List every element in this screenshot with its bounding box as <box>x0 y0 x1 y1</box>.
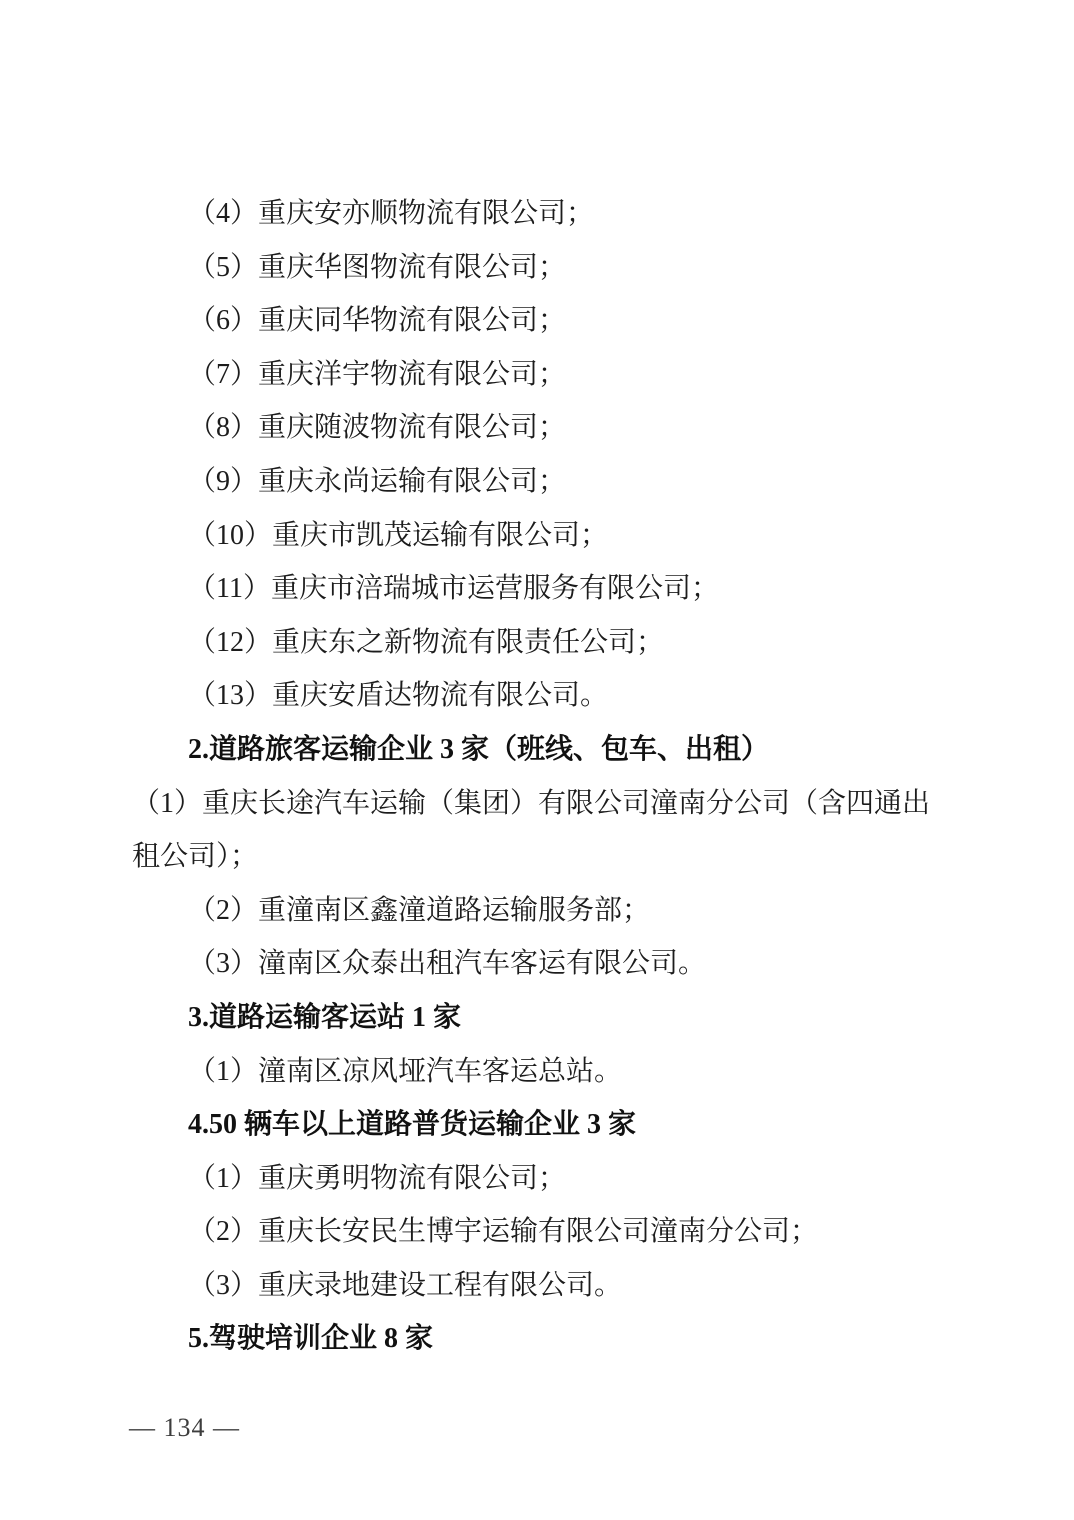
section-heading: 5.驾驶培训企业 8 家 <box>132 1312 942 1366</box>
section-heading: 4.50 辆车以上道路普货运输企业 3 家 <box>132 1098 942 1152</box>
list-item: （10）重庆市凯茂运输有限公司； <box>132 509 942 563</box>
section-heading: 3.道路运输客运站 1 家 <box>132 991 942 1045</box>
page-number: — 134 — <box>129 1411 240 1445</box>
list-item: （7）重庆洋宇物流有限公司； <box>132 348 942 402</box>
page-content: （4）重庆安亦顺物流有限公司； （5）重庆华图物流有限公司； （6）重庆同华物流… <box>132 187 942 1366</box>
section-heading: 2.道路旅客运输企业 3 家（班线、包车、出租） <box>132 723 942 777</box>
list-item: （1）重庆勇明物流有限公司； <box>132 1152 942 1206</box>
list-item: （4）重庆安亦顺物流有限公司； <box>132 187 942 241</box>
list-item: （5）重庆华图物流有限公司； <box>132 241 942 295</box>
list-item: （1）潼南区凉风垭汽车客运总站。 <box>132 1045 942 1099</box>
list-item: （2）重庆长安民生博宇运输有限公司潼南分公司； <box>132 1205 942 1259</box>
list-item: （13）重庆安盾达物流有限公司。 <box>132 669 942 723</box>
list-item: （2）重潼南区鑫潼道路运输服务部； <box>132 884 942 938</box>
list-item: （8）重庆随波物流有限公司； <box>132 401 942 455</box>
list-item: （6）重庆同华物流有限公司； <box>132 294 942 348</box>
paragraph-line: 租公司）； <box>132 830 942 884</box>
list-item: （3）重庆录地建设工程有限公司。 <box>132 1259 942 1313</box>
list-item: （3）潼南区众泰出租汽车客运有限公司。 <box>132 937 942 991</box>
list-item: （9）重庆永尚运输有限公司； <box>132 455 942 509</box>
list-item: （12）重庆东之新物流有限责任公司； <box>132 616 942 670</box>
list-item: （11）重庆市涪瑞城市运营服务有限公司； <box>132 562 942 616</box>
document-page: （4）重庆安亦顺物流有限公司； （5）重庆华图物流有限公司； （6）重庆同华物流… <box>0 0 1074 1520</box>
paragraph-line: （1）重庆长途汽车运输（集团）有限公司潼南分公司（含四通出 <box>132 777 942 831</box>
